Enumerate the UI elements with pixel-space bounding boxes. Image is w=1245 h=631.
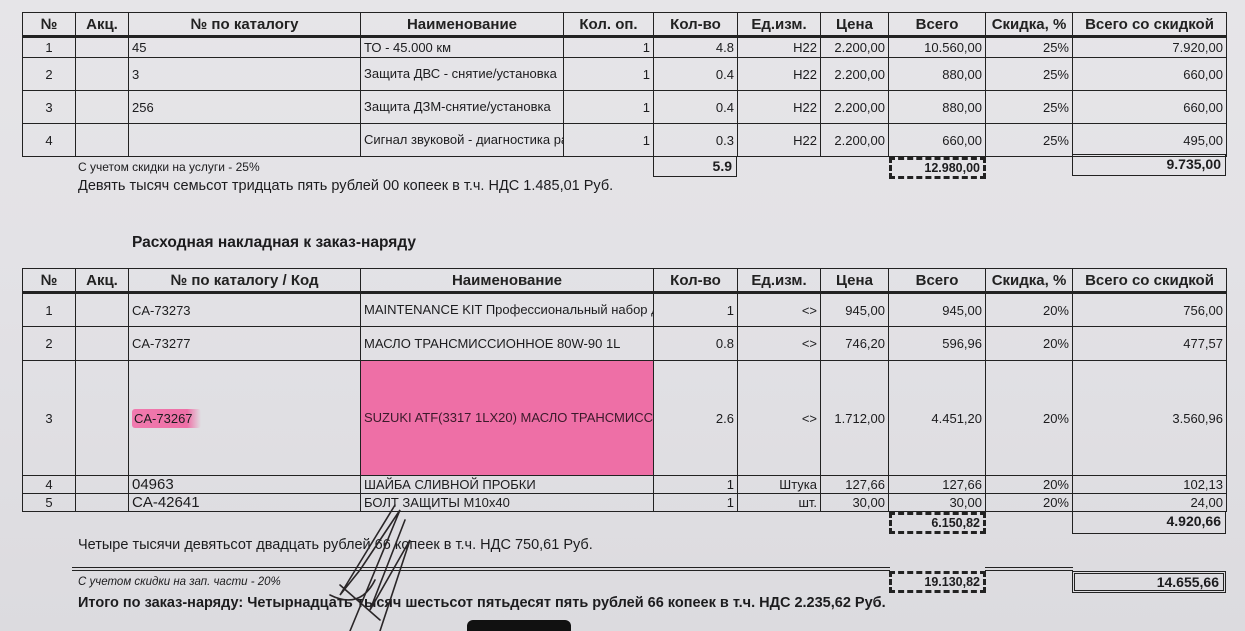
- cell-catalog: 3: [129, 58, 361, 91]
- cell-promo: [76, 494, 129, 512]
- cell-total-discounted: 477,57: [1073, 327, 1227, 361]
- cell-discount: 25%: [986, 124, 1073, 157]
- cell-unit: <>: [738, 327, 821, 361]
- table-row: 3 256 Защита ДЗМ-снятие/установка 1 0.4 …: [23, 91, 1227, 124]
- cell-quantity: 1: [654, 476, 738, 494]
- cell-total-discounted: 495,00: [1073, 124, 1227, 157]
- cell-total: 880,00: [889, 91, 986, 124]
- cell-operations: 1: [564, 124, 654, 157]
- col-header-total: Всего: [889, 13, 986, 37]
- col-header-operations: Кол. оп.: [564, 13, 654, 37]
- cell-discount: 20%: [986, 361, 1073, 476]
- cell-discount: 20%: [986, 476, 1073, 494]
- grand-total-rule: [985, 567, 1073, 571]
- cell-price: 30,00: [821, 494, 889, 512]
- cell-code: CA-73267: [129, 361, 361, 476]
- cell-unit: шт.: [738, 494, 821, 512]
- cell-promo: [76, 58, 129, 91]
- col-header-total: Всего: [889, 269, 986, 293]
- col-header-promo: Акц.: [76, 13, 129, 37]
- cell-total-discounted: 756,00: [1073, 293, 1227, 327]
- cell-number: 1: [23, 293, 76, 327]
- cell-quantity: 0.4: [654, 58, 738, 91]
- cell-unit: H22: [738, 37, 821, 58]
- cell-total: 945,00: [889, 293, 986, 327]
- cell-unit: Штука: [738, 476, 821, 494]
- cell-quantity: 1: [654, 494, 738, 512]
- table-row: 1 CA-73273 MAINTENANCE KIT Профессиональ…: [23, 293, 1227, 327]
- parts-header-row: № Акц. № по каталогу / Код Наименование …: [23, 269, 1227, 293]
- cell-number: 2: [23, 327, 76, 361]
- col-header-unit: Ед.изм.: [738, 13, 821, 37]
- cell-discount: 25%: [986, 58, 1073, 91]
- col-header-promo: Акц.: [76, 269, 129, 293]
- cell-price: 2.200,00: [821, 124, 889, 157]
- cell-operations: 1: [564, 58, 654, 91]
- col-header-total-discounted: Всего со скидкой: [1073, 13, 1227, 37]
- cell-total-discounted: 660,00: [1073, 91, 1227, 124]
- table-row: 5 CA-42641 БОЛТ ЗАЩИТЫ М10х40 1 шт. 30,0…: [23, 494, 1227, 512]
- parts-discounted-total: 4.920,66: [1072, 512, 1226, 534]
- services-qty-total: 5.9: [653, 156, 737, 177]
- cell-price: 1.712,00: [821, 361, 889, 476]
- table-row: 2 CA-73277 МАСЛО ТРАНСМИССИОННОЕ 80W-90 …: [23, 327, 1227, 361]
- cell-quantity: 4.8: [654, 37, 738, 58]
- cell-total: 127,66: [889, 476, 986, 494]
- cell-name: Защита ДЗМ-снятие/установка: [361, 91, 564, 124]
- cell-promo: [76, 91, 129, 124]
- col-header-catalog: № по каталогу: [129, 13, 361, 37]
- cell-total-discounted: 102,13: [1073, 476, 1227, 494]
- cell-price: 127,66: [821, 476, 889, 494]
- table-row-highlighted: 3 CA-73267 SUZUKI ATF(3317 1LX20) МАСЛО …: [23, 361, 1227, 476]
- services-discount-note: С учетом скидки на услуги - 25%: [78, 160, 260, 174]
- cell-name-highlighted: SUZUKI ATF(3317 1LX20) МАСЛО ТРАНСМИССИО…: [361, 361, 654, 476]
- cell-operations: 1: [564, 37, 654, 58]
- services-table: № Акц. № по каталогу Наименование Кол. о…: [22, 12, 1227, 157]
- cell-name: ШАЙБА СЛИВНОЙ ПРОБКИ: [361, 476, 654, 494]
- cell-number: 3: [23, 91, 76, 124]
- grand-discounted-total: 14.655,66: [1072, 571, 1226, 593]
- table-row: 4 Сигнал звуковой - диагностика работы 1…: [23, 124, 1227, 157]
- cell-total: 660,00: [889, 124, 986, 157]
- parts-discount-note: С учетом скидки на зап. части - 20%: [78, 576, 281, 588]
- cell-discount: 20%: [986, 327, 1073, 361]
- signature-icon: [300, 500, 500, 631]
- parts-sum-total: 6.150,82: [889, 512, 986, 534]
- cell-catalog: [129, 124, 361, 157]
- cell-number: 4: [23, 476, 76, 494]
- cell-promo: [76, 293, 129, 327]
- grand-total-summary: Итого по заказ-наряду: Четырнадцать тыся…: [78, 595, 886, 611]
- grand-total-rule: [72, 567, 890, 571]
- cell-unit: <>: [738, 293, 821, 327]
- cell-total: 596,96: [889, 327, 986, 361]
- cell-quantity: 0.4: [654, 91, 738, 124]
- col-header-total-discounted: Всего со скидкой: [1073, 269, 1227, 293]
- cell-promo: [76, 361, 129, 476]
- cell-name: БОЛТ ЗАЩИТЫ М10х40: [361, 494, 654, 512]
- cell-promo: [76, 327, 129, 361]
- cell-promo: [76, 476, 129, 494]
- table-row: 4 04963 ШАЙБА СЛИВНОЙ ПРОБКИ 1 Штука 127…: [23, 476, 1227, 494]
- cell-catalog: 256: [129, 91, 361, 124]
- col-header-quantity: Кол-во: [654, 269, 738, 293]
- cell-promo: [76, 124, 129, 157]
- cell-name: ТО - 45.000 км: [361, 37, 564, 58]
- cell-quantity: 0.3: [654, 124, 738, 157]
- cell-quantity: 1: [654, 293, 738, 327]
- table-row: 1 45 ТО - 45.000 км 1 4.8 H22 2.200,00 1…: [23, 37, 1227, 58]
- redacted-mark: [467, 620, 571, 631]
- cell-unit: H22: [738, 58, 821, 91]
- cell-number: 5: [23, 494, 76, 512]
- col-header-number: №: [23, 269, 76, 293]
- cell-total: 4.451,20: [889, 361, 986, 476]
- services-sum-total: 12.980,00: [889, 157, 986, 179]
- cell-name: МАСЛО ТРАНСМИССИОННОЕ 80W-90 1L: [361, 327, 654, 361]
- cell-total: 30,00: [889, 494, 986, 512]
- cell-total-discounted: 3.560,96: [1073, 361, 1227, 476]
- col-header-quantity: Кол-во: [654, 13, 738, 37]
- col-header-catalog-code: № по каталогу / Код: [129, 269, 361, 293]
- services-discounted-total: 9.735,00: [1072, 154, 1226, 176]
- cell-catalog: 45: [129, 37, 361, 58]
- cell-price: 945,00: [821, 293, 889, 327]
- cell-price: 2.200,00: [821, 91, 889, 124]
- cell-discount: 25%: [986, 91, 1073, 124]
- col-header-price: Цена: [821, 13, 889, 37]
- cell-name: Сигнал звуковой - диагностика работы: [361, 124, 564, 157]
- cell-total-discounted: 7.920,00: [1073, 37, 1227, 58]
- cell-price: 746,20: [821, 327, 889, 361]
- cell-quantity: 2.6: [654, 361, 738, 476]
- cell-code: CA-42641: [129, 494, 361, 512]
- parts-amount-words: Четыре тысячи девятьсот двадцать рублей …: [78, 537, 593, 553]
- parts-table: № Акц. № по каталогу / Код Наименование …: [22, 268, 1227, 512]
- cell-number: 1: [23, 37, 76, 58]
- cell-promo: [76, 37, 129, 58]
- cell-number: 2: [23, 58, 76, 91]
- highlighted-code: CA-73267: [132, 409, 201, 428]
- col-header-price: Цена: [821, 269, 889, 293]
- cell-price: 2.200,00: [821, 58, 889, 91]
- cell-operations: 1: [564, 91, 654, 124]
- table-row: 2 3 Защита ДВС - снятие/установка 1 0.4 …: [23, 58, 1227, 91]
- cell-discount: 25%: [986, 37, 1073, 58]
- col-header-name: Наименование: [361, 269, 654, 293]
- cell-number: 3: [23, 361, 76, 476]
- cell-unit: <>: [738, 361, 821, 476]
- cell-name: Защита ДВС - снятие/установка: [361, 58, 564, 91]
- cell-total: 10.560,00: [889, 37, 986, 58]
- invoice-document: № Акц. № по каталогу Наименование Кол. о…: [0, 0, 1245, 631]
- cell-name: MAINTENANCE KIT Профессиональный набор д…: [361, 293, 654, 327]
- col-header-name: Наименование: [361, 13, 564, 37]
- cell-discount: 20%: [986, 494, 1073, 512]
- cell-discount: 20%: [986, 293, 1073, 327]
- cell-quantity: 0.8: [654, 327, 738, 361]
- cell-unit: H22: [738, 91, 821, 124]
- services-header-row: № Акц. № по каталогу Наименование Кол. о…: [23, 13, 1227, 37]
- cell-code: CA-73273: [129, 293, 361, 327]
- cell-code: 04963: [129, 476, 361, 494]
- grand-sum-total: 19.130,82: [889, 571, 986, 593]
- cell-code: CA-73277: [129, 327, 361, 361]
- services-amount-words: Девять тысяч семьсот тридцать пять рубле…: [78, 178, 613, 194]
- cell-number: 4: [23, 124, 76, 157]
- cell-total: 880,00: [889, 58, 986, 91]
- cell-total-discounted: 660,00: [1073, 58, 1227, 91]
- parts-section-title: Расходная накладная к заказ-наряду: [132, 234, 416, 252]
- col-header-number: №: [23, 13, 76, 37]
- col-header-discount: Скидка, %: [986, 13, 1073, 37]
- col-header-discount: Скидка, %: [986, 269, 1073, 293]
- col-header-unit: Ед.изм.: [738, 269, 821, 293]
- cell-price: 2.200,00: [821, 37, 889, 58]
- cell-unit: H22: [738, 124, 821, 157]
- cell-total-discounted: 24,00: [1073, 494, 1227, 512]
